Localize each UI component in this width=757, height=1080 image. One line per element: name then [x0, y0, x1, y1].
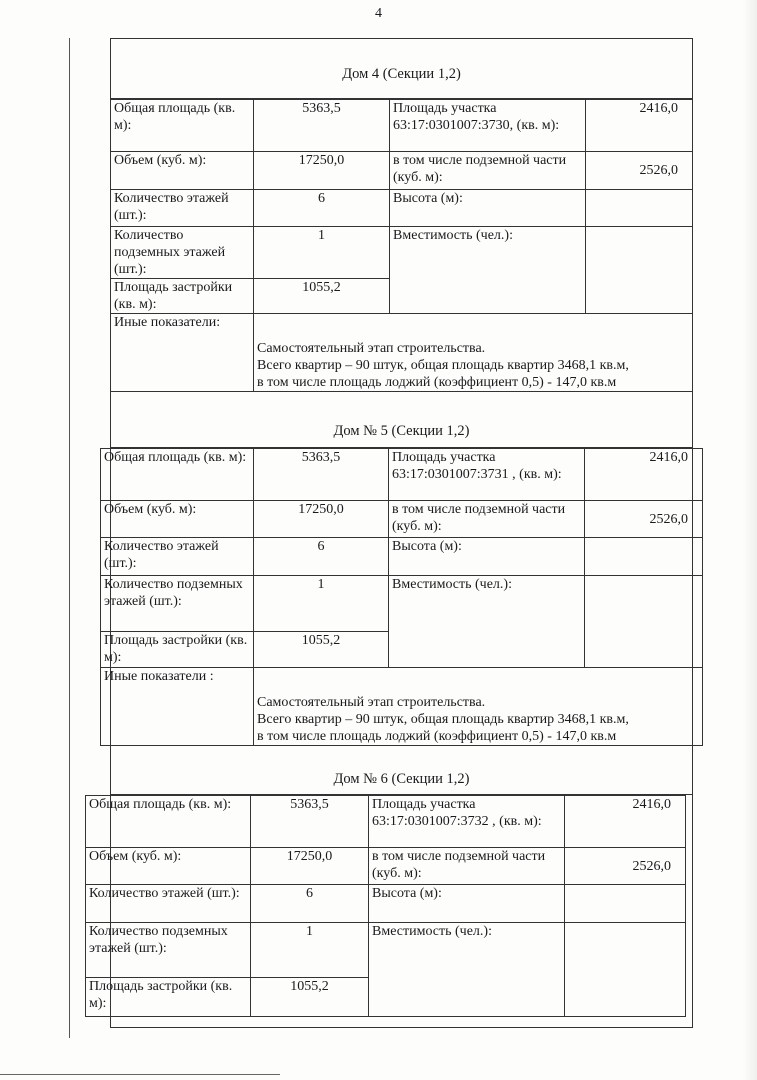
table-row: Количество этажей (шт.): 6 Высота (м):	[101, 538, 703, 576]
volume-label: Объем (куб. м):	[86, 848, 251, 885]
underground-floors-label: Количество подземных этажей (шт.):	[111, 227, 254, 279]
house-title: Дом № 6 (Секции 1,2)	[110, 755, 693, 795]
plot-area-value: 2416,0	[586, 100, 693, 152]
floors-value: 6	[254, 190, 390, 227]
volume-label: Объем (куб. м):	[111, 152, 254, 190]
underground-volume-value: 2526,0	[565, 848, 686, 885]
total-area-label: Общая площадь (кв. м):	[86, 796, 251, 848]
height-label: Высота (м):	[369, 885, 565, 923]
house-section: Дом № 5 (Секции 1,2) Общая площадь (кв. …	[110, 406, 693, 746]
table-row: Общая площадь (кв. м): 5363,5 Площадь уч…	[86, 796, 686, 848]
house-title: Дом 4 (Секции 1,2)	[110, 39, 693, 99]
table-row: Количество подземных этажей (шт.): 1 Вме…	[86, 923, 686, 978]
building-area-value: 1055,2	[251, 978, 369, 1017]
underground-volume-value: 2526,0	[585, 501, 703, 538]
house-title: Дом № 5 (Секции 1,2)	[110, 406, 693, 448]
plot-area-label: Площадь участка 63:17:0301007:3730, (кв.…	[390, 100, 586, 152]
capacity-label: Вместимость (чел.):	[389, 576, 585, 668]
underground-volume-label: в том числе подземной части (куб. м):	[390, 152, 586, 190]
capacity-value	[586, 227, 693, 314]
table-row: Иные показатели: Самостоятельный этап ст…	[111, 314, 693, 392]
building-area-label: Площадь застройки (кв. м):	[111, 279, 254, 314]
house-parameters-table: Общая площадь (кв. м): 5363,5 Площадь уч…	[110, 99, 693, 392]
other-indicators-line: Всего квартир – 90 штук, общая площадь к…	[257, 711, 699, 728]
height-label: Высота (м):	[390, 190, 586, 227]
house-parameters-table: Общая площадь (кв. м): 5363,5 Площадь уч…	[85, 795, 686, 1017]
capacity-label: Вместимость (чел.):	[369, 923, 565, 1017]
table-row: Объем (куб. м): 17250,0 в том числе подз…	[101, 501, 703, 538]
total-area-value: 5363,5	[251, 796, 369, 848]
table-row: Количество подземных этажей (шт.): 1 Вме…	[101, 576, 703, 632]
floors-label: Количество этажей (шт.):	[111, 190, 254, 227]
floors-value: 6	[251, 885, 369, 923]
underground-floors-label: Количество подземных этажей (шт.):	[86, 923, 251, 978]
total-area-value: 5363,5	[254, 100, 390, 152]
page-number: 4	[0, 6, 757, 22]
table-row: Количество этажей (шт.): 6 Высота (м):	[111, 190, 693, 227]
margin-line	[69, 38, 70, 1038]
underground-floors-value: 1	[254, 576, 389, 632]
total-area-value: 5363,5	[254, 449, 389, 501]
other-indicators-line: в том числе площадь лоджий (коэффициент …	[257, 728, 699, 745]
plot-area-label: Площадь участка 63:17:0301007:3732 , (кв…	[369, 796, 565, 848]
underground-volume-label: в том числе подземной части (куб. м):	[389, 501, 585, 538]
house-section: Дом № 6 (Секции 1,2) Общая площадь (кв. …	[110, 755, 693, 1017]
bottom-edge-line	[0, 1074, 280, 1075]
height-value	[586, 190, 693, 227]
capacity-value	[585, 576, 703, 668]
other-indicators-text: Самостоятельный этап строительства. Всег…	[254, 668, 703, 746]
capacity-value	[565, 923, 686, 1017]
underground-floors-value: 1	[251, 923, 369, 978]
other-indicators-text: Самостоятельный этап строительства.Всего…	[254, 314, 693, 392]
plot-area-label: Площадь участка 63:17:0301007:3731 , (кв…	[389, 449, 585, 501]
underground-volume-value: 2526,0	[586, 152, 693, 190]
floors-label: Количество этажей (шт.):	[101, 538, 254, 576]
scan-edge-shade	[743, 0, 757, 1080]
table-row: Количество подземных этажей (шт.): 1 Вме…	[111, 227, 693, 279]
house-section: Дом 4 (Секции 1,2) Общая площадь (кв. м)…	[110, 39, 693, 392]
building-area-label: Площадь застройки (кв. м):	[101, 632, 254, 668]
building-area-value: 1055,2	[254, 632, 389, 668]
underground-floors-value: 1	[254, 227, 390, 279]
table-row: Иные показатели : Самостоятельный этап с…	[101, 668, 703, 746]
other-indicators-label: Иные показатели :	[101, 668, 254, 746]
floors-value: 6	[254, 538, 389, 576]
table-row: Объем (куб. м): 17250,0 в том числе подз…	[86, 848, 686, 885]
other-indicators-line: Самостоятельный этап строительства.	[257, 694, 699, 711]
height-label: Высота (м):	[389, 538, 585, 576]
underground-volume-label: в том числе подземной части (куб. м):	[369, 848, 565, 885]
table-row: Общая площадь (кв. м): 5363,5 Площадь уч…	[111, 100, 693, 152]
table-row: Объем (куб. м): 17250,0 в том числе подз…	[111, 152, 693, 190]
total-area-label: Общая площадь (кв. м):	[101, 449, 254, 501]
volume-value: 17250,0	[251, 848, 369, 885]
other-indicators-line: в том числе площадь лоджий (коэффициент …	[257, 374, 689, 391]
volume-value: 17250,0	[254, 152, 390, 190]
building-area-label: Площадь застройки (кв. м):	[86, 978, 251, 1017]
building-area-value: 1055,2	[254, 279, 390, 314]
height-value	[565, 885, 686, 923]
floors-label: Количество этажей (шт.):	[86, 885, 251, 923]
plot-area-value: 2416,0	[565, 796, 686, 848]
underground-floors-label: Количество подземных этажей (шт.):	[101, 576, 254, 632]
other-indicators-line: Самостоятельный этап строительства.	[257, 340, 689, 357]
other-indicators-label: Иные показатели:	[111, 314, 254, 392]
volume-value: 17250,0	[254, 501, 389, 538]
table-row: Общая площадь (кв. м): 5363,5 Площадь уч…	[101, 449, 703, 501]
capacity-label: Вместимость (чел.):	[390, 227, 586, 314]
house-parameters-table: Общая площадь (кв. м): 5363,5 Площадь уч…	[100, 448, 703, 746]
total-area-label: Общая площадь (кв. м):	[111, 100, 254, 152]
table-row: Количество этажей (шт.): 6 Высота (м):	[86, 885, 686, 923]
height-value	[585, 538, 703, 576]
volume-label: Объем (куб. м):	[101, 501, 254, 538]
other-indicators-line: Всего квартир – 90 штук, общая площадь к…	[257, 357, 689, 374]
plot-area-value: 2416,0	[585, 449, 703, 501]
